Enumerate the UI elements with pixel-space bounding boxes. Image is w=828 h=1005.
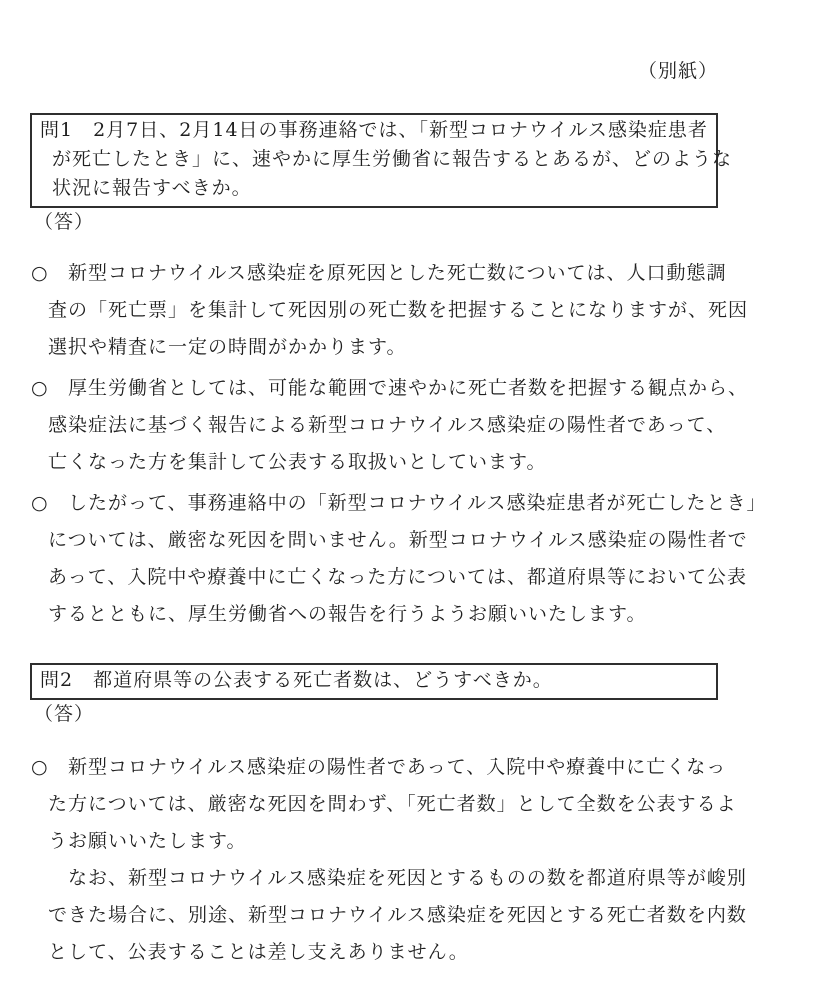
circle-bullet-marker: ○ [31, 255, 49, 292]
answer-paragraph: ○ したがって、事務連絡中の「新型コロナウイルス感染症患者が死亡したとき」 につ… [30, 485, 805, 633]
question-1-box: 問1 2月7日、2月14日の事務連絡では、「新型コロナウイルス感染症患者 が死亡… [30, 113, 718, 208]
text-line: については、厳密な死因を問いません。新型コロナウイルス感染症の陽性者で [30, 522, 805, 559]
attachment-corner-label: （別紙） [638, 57, 718, 85]
text-line: た方については、厳密な死因を問わず、「死亡者数」として全数を公表するよ [30, 786, 805, 823]
text-line: 選択や精査に一定の時間がかかります。 [30, 329, 805, 366]
text-line: 新型コロナウイルス感染症の陽性者であって、入院中や療養中に亡くなっ [68, 756, 726, 778]
question-1-line: 状況に報告すべきか。 [40, 174, 708, 203]
text-line: 感染症法に基づく報告による新型コロナウイルス感染症の陽性者であって、 [30, 407, 805, 444]
text-line: できた場合に、別途、新型コロナウイルス感染症を死因とする死亡者数を内数 [30, 897, 805, 934]
text-line: うお願いいたします。 [30, 823, 805, 860]
question-2-line: 問2 都道府県等の公表する死亡者数は、どうすべきか。 [40, 666, 708, 695]
answer-paragraph: ○ 厚生労働省としては、可能な範囲で速やかに死亡者数を把握する観点から、 感染症… [30, 370, 805, 481]
text-line: するとともに、厚生労働省への報告を行うようお願いいたします。 [30, 596, 805, 633]
answer-paragraph: ○ 新型コロナウイルス感染症の陽性者であって、入院中や療養中に亡くなっ た方につ… [30, 749, 805, 971]
question-1-line: 問1 2月7日、2月14日の事務連絡では、「新型コロナウイルス感染症患者 [40, 116, 708, 145]
text-line: したがって、事務連絡中の「新型コロナウイルス感染症患者が死亡したとき」 [68, 492, 766, 514]
question-2-box: 問2 都道府県等の公表する死亡者数は、どうすべきか。 [30, 663, 718, 700]
text-line: なお、新型コロナウイルス感染症を死因とするものの数を都道府県等が峻別 [30, 860, 805, 897]
question-1-line: が死亡したとき」に、速やかに厚生労働省に報告するとあるが、どのような [40, 145, 708, 174]
document-page: （別紙） 問1 2月7日、2月14日の事務連絡では、「新型コロナウイルス感染症患… [0, 0, 828, 1005]
answer-1-label: （答） [34, 208, 94, 237]
text-line: あって、入院中や療養中に亡くなった方については、都道府県等において公表 [30, 559, 805, 596]
circle-bullet-marker: ○ [31, 370, 49, 407]
text-line: 亡くなった方を集計して公表する取扱いとしています。 [30, 444, 805, 481]
text-line: 厚生労働省としては、可能な範囲で速やかに死亡者数を把握する観点から、 [68, 377, 748, 399]
circle-bullet-marker: ○ [31, 749, 49, 786]
answer-2-label: （答） [34, 700, 94, 729]
text-line: として、公表することは差し支えありません。 [30, 934, 805, 971]
circle-bullet-marker: ○ [31, 485, 49, 522]
text-line: 新型コロナウイルス感染症を原死因とした死亡数については、人口動態調 [68, 262, 726, 284]
answer-paragraph: ○ 新型コロナウイルス感染症を原死因とした死亡数については、人口動態調 査の「死… [30, 255, 805, 366]
text-line: 査の「死亡票」を集計して死因別の死亡数を把握することになりますが、死因 [30, 292, 805, 329]
